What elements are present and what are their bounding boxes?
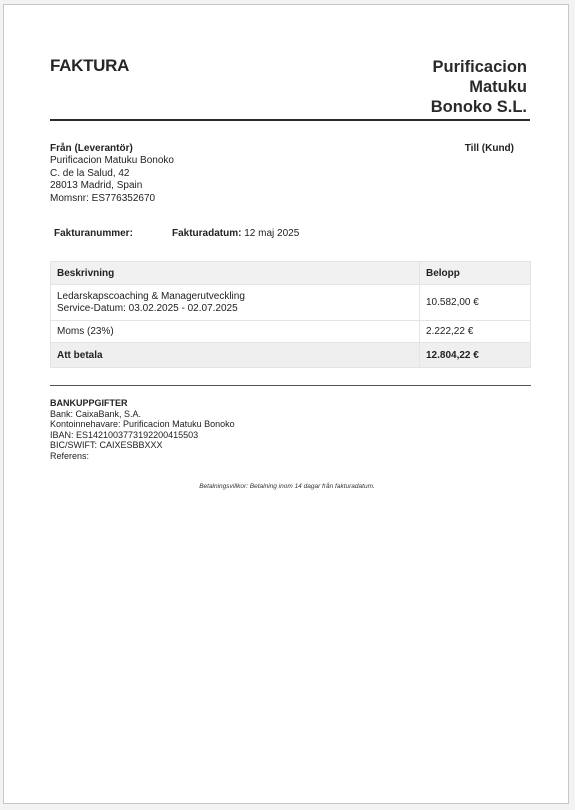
item-description: Ledarskapscoaching & Managerutveckling S…	[51, 285, 420, 321]
total-label: Att betala	[51, 343, 420, 368]
company-name-line: Matuku	[327, 77, 527, 97]
iban: IBAN: ES1421003773192200415503	[50, 430, 235, 441]
invoice-date-value: 12 maj 2025	[244, 228, 299, 239]
company-name: Purificacion Matuku Bonoko S.L.	[327, 57, 527, 117]
vat-row: Moms (23%) 2.222,22 €	[51, 321, 531, 343]
invoice-date-label: Fakturadatum:	[172, 228, 241, 239]
invoice-number: Fakturanummer:	[54, 228, 133, 239]
table-row: Ledarskapscoaching & Managerutveckling S…	[51, 285, 531, 321]
customer-heading: Till (Kund)	[465, 143, 514, 154]
payment-reference: Referens:	[50, 451, 235, 462]
bic-swift: BIC/SWIFT: CAIXESBBXXX	[50, 440, 235, 451]
supplier-vat-number: Momsnr: ES776352670	[50, 193, 174, 205]
supplier-block: Från (Leverantör) Purificacion Matuku Bo…	[50, 143, 174, 205]
supplier-street: C. de la Salud, 42	[50, 168, 174, 180]
item-description-title: Ledarskapscoaching & Managerutveckling	[57, 291, 413, 303]
bank-name: Bank: CaixaBank, S.A.	[50, 409, 235, 420]
invoice-number-label: Fakturanummer:	[54, 228, 133, 239]
header-divider	[50, 119, 530, 121]
company-name-line: Bonoko S.L.	[327, 97, 527, 117]
total-row: Att betala 12.804,22 €	[51, 343, 531, 368]
vat-amount: 2.222,22 €	[420, 321, 531, 343]
item-amount: 10.582,00 €	[420, 285, 531, 321]
bank-details: BANKUPPGIFTER Bank: CaixaBank, S.A. Kont…	[50, 398, 235, 462]
table-header-row: Beskrivning Belopp	[51, 262, 531, 285]
account-holder: Kontoinnehavare: Purificacion Matuku Bon…	[50, 419, 235, 430]
invoice-page: FAKTURA Purificacion Matuku Bonoko S.L. …	[3, 4, 569, 804]
item-service-date: Service-Datum: 03.02.2025 - 02.07.2025	[57, 303, 413, 315]
column-header-amount: Belopp	[420, 262, 531, 285]
vat-label: Moms (23%)	[51, 321, 420, 343]
bank-divider	[50, 385, 531, 386]
total-amount: 12.804,22 €	[420, 343, 531, 368]
bank-heading: BANKUPPGIFTER	[50, 398, 235, 409]
column-header-description: Beskrivning	[51, 262, 420, 285]
supplier-heading: Från (Leverantör)	[50, 143, 174, 155]
company-name-line: Purificacion	[327, 57, 527, 77]
payment-terms: Betalningsvillkor: Betalning inom 14 dag…	[4, 483, 570, 490]
invoice-date: Fakturadatum: 12 maj 2025	[172, 228, 299, 239]
line-items-table: Beskrivning Belopp Ledarskapscoaching & …	[50, 261, 531, 368]
supplier-city: 28013 Madrid, Spain	[50, 180, 174, 192]
document-title: FAKTURA	[50, 56, 129, 76]
supplier-name: Purificacion Matuku Bonoko	[50, 155, 174, 167]
